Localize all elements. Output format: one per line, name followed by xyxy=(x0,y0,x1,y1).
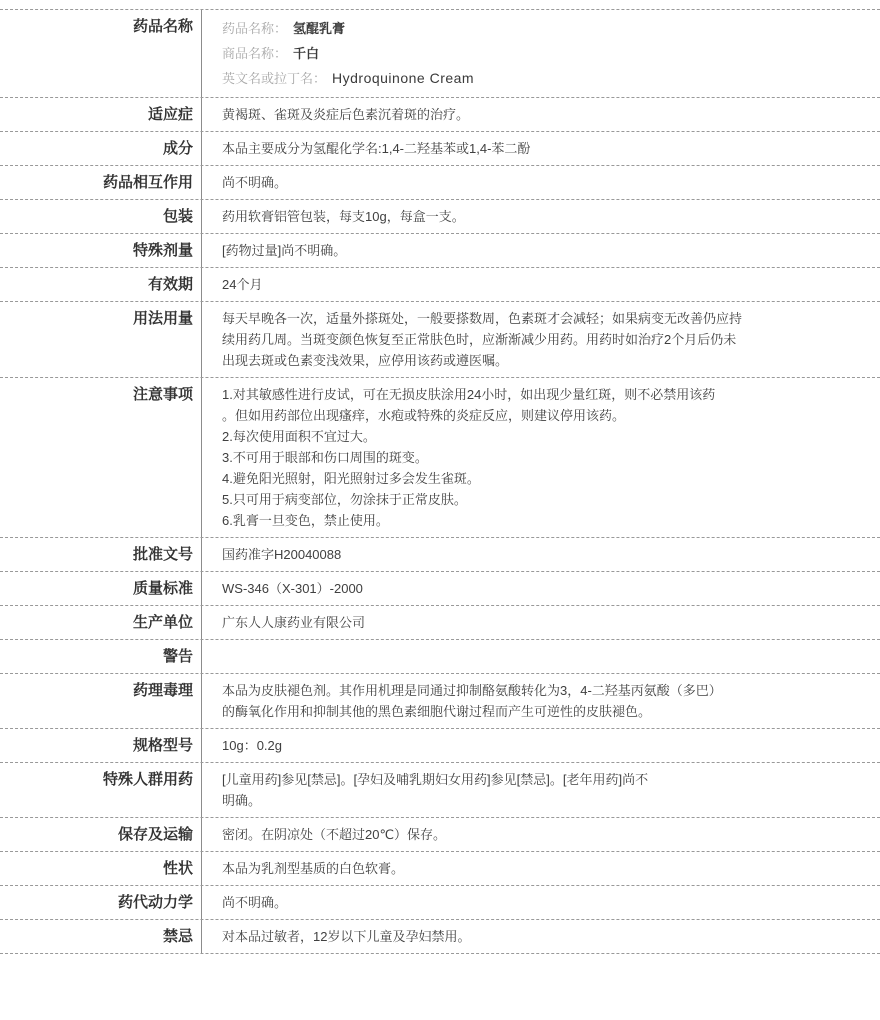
table-row-manufacturer: 生产单位 广东人人康药业有限公司 xyxy=(0,606,880,640)
row-label: 质量标准 xyxy=(0,572,202,605)
row-value: 1.对其敏感性进行皮试，可在无损皮肤涂用24小时，如出现少量红斑，则不必禁用该药… xyxy=(202,378,880,537)
row-label: 药代动力学 xyxy=(0,886,202,919)
row-label: 特殊人群用药 xyxy=(0,763,202,817)
table-row-pharmacology: 药理毒理 本品为皮肤褪色剂。其作用机理是同通过抑制酪氨酸转化为3，4-二羟基丙氨… xyxy=(0,674,880,729)
drug-name-sublabel: 药品名称： xyxy=(222,21,287,36)
latin-name-subvalue: Hydroquinone Cream xyxy=(332,70,474,86)
drug-name-line: 药品名称：氢醌乳膏 xyxy=(222,16,866,41)
drug-info-table: 药品名称 药品名称：氢醌乳膏 商品名称：千白 英文名或拉丁名：Hydroquin… xyxy=(0,9,880,954)
row-label: 保存及运输 xyxy=(0,818,202,851)
table-row-dosage-usage: 用法用量 每天早晚各一次，适量外搽斑处，一般要搽数周，色素斑才会减轻；如果病变无… xyxy=(0,302,880,378)
table-row-description: 性状 本品为乳剂型基质的白色软膏。 xyxy=(0,852,880,886)
table-row-shelf-life: 有效期 24个月 xyxy=(0,268,880,302)
row-value: 密闭。在阴凉处（不超过20℃）保存。 xyxy=(202,818,880,851)
latin-name-sublabel: 英文名或拉丁名： xyxy=(222,71,326,86)
row-value: 本品为乳剂型基质的白色软膏。 xyxy=(202,852,880,885)
table-row-storage-transport: 保存及运输 密闭。在阴凉处（不超过20℃）保存。 xyxy=(0,818,880,852)
drug-name-subvalue: 氢醌乳膏 xyxy=(293,21,345,36)
row-value: 本品主要成分为氢醌化学名:1,4-二羟基苯或1,4-苯二酚 xyxy=(202,132,880,165)
row-value: 尚不明确。 xyxy=(202,886,880,919)
row-label: 规格型号 xyxy=(0,729,202,762)
row-value: 黄褐斑、雀斑及炎症后色素沉着斑的治疗。 xyxy=(202,98,880,131)
row-label: 有效期 xyxy=(0,268,202,301)
table-row-packaging: 包装 药用软膏铝管包装，每支10g，每盒一支。 xyxy=(0,200,880,234)
table-row-special-dosage: 特殊剂量 [药物过量]尚不明确。 xyxy=(0,234,880,268)
row-label: 适应症 xyxy=(0,98,202,131)
table-row-special-populations: 特殊人群用药 [儿童用药]参见[禁忌]。[孕妇及哺乳期妇女用药]参见[禁忌]。[… xyxy=(0,763,880,818)
row-value: 24个月 xyxy=(202,268,880,301)
table-row-specification: 规格型号 10g：0.2g xyxy=(0,729,880,763)
table-row-indications: 适应症 黄褐斑、雀斑及炎症后色素沉着斑的治疗。 xyxy=(0,98,880,132)
table-row-warning: 警告 xyxy=(0,640,880,674)
row-label: 性状 xyxy=(0,852,202,885)
row-value: 尚不明确。 xyxy=(202,166,880,199)
row-value: 每天早晚各一次，适量外搽斑处，一般要搽数周，色素斑才会减轻；如果病变无改善仍应持… xyxy=(202,302,880,377)
row-label: 注意事项 xyxy=(0,378,202,537)
row-label: 包装 xyxy=(0,200,202,233)
row-value: [儿童用药]参见[禁忌]。[孕妇及哺乳期妇女用药]参见[禁忌]。[老年用药]尚不… xyxy=(202,763,880,817)
row-label: 用法用量 xyxy=(0,302,202,377)
row-value: 本品为皮肤褪色剂。其作用机理是同通过抑制酪氨酸转化为3，4-二羟基丙氨酸（多巴）… xyxy=(202,674,880,728)
row-value: 广东人人康药业有限公司 xyxy=(202,606,880,639)
table-row-interactions: 药品相互作用 尚不明确。 xyxy=(0,166,880,200)
row-label: 药理毒理 xyxy=(0,674,202,728)
row-label: 警告 xyxy=(0,640,202,673)
table-row-contraindications: 禁忌 对本品过敏者，12岁以下儿童及孕妇禁用。 xyxy=(0,920,880,954)
row-label: 药品相互作用 xyxy=(0,166,202,199)
table-row-approval-number: 批准文号 国药准字H20040088 xyxy=(0,538,880,572)
row-label: 特殊剂量 xyxy=(0,234,202,267)
row-value: 对本品过敏者，12岁以下儿童及孕妇禁用。 xyxy=(202,920,880,953)
row-value xyxy=(202,640,880,673)
row-label: 禁忌 xyxy=(0,920,202,953)
table-row-ingredients: 成分 本品主要成分为氢醌化学名:1,4-二羟基苯或1,4-苯二酚 xyxy=(0,132,880,166)
trade-name-sublabel: 商品名称： xyxy=(222,46,287,61)
row-label: 生产单位 xyxy=(0,606,202,639)
table-row-quality-standard: 质量标准 WS-346（X-301）-2000 xyxy=(0,572,880,606)
row-value: WS-346（X-301）-2000 xyxy=(202,572,880,605)
row-label: 药品名称 xyxy=(0,10,202,97)
table-row-pharmacokinetics: 药代动力学 尚不明确。 xyxy=(0,886,880,920)
trade-name-subvalue: 千白 xyxy=(293,46,319,61)
latin-name-line: 英文名或拉丁名：Hydroquinone Cream xyxy=(222,66,866,91)
table-row-precautions: 注意事项 1.对其敏感性进行皮试，可在无损皮肤涂用24小时，如出现少量红斑，则不… xyxy=(0,378,880,538)
row-value: [药物过量]尚不明确。 xyxy=(202,234,880,267)
trade-name-line: 商品名称：千白 xyxy=(222,41,866,66)
row-value: 药品名称：氢醌乳膏 商品名称：千白 英文名或拉丁名：Hydroquinone C… xyxy=(202,10,880,97)
row-value: 药用软膏铝管包装，每支10g，每盒一支。 xyxy=(202,200,880,233)
row-label: 成分 xyxy=(0,132,202,165)
row-label: 批准文号 xyxy=(0,538,202,571)
table-row-drug-name: 药品名称 药品名称：氢醌乳膏 商品名称：千白 英文名或拉丁名：Hydroquin… xyxy=(0,10,880,98)
row-value: 10g：0.2g xyxy=(202,729,880,762)
row-value: 国药准字H20040088 xyxy=(202,538,880,571)
